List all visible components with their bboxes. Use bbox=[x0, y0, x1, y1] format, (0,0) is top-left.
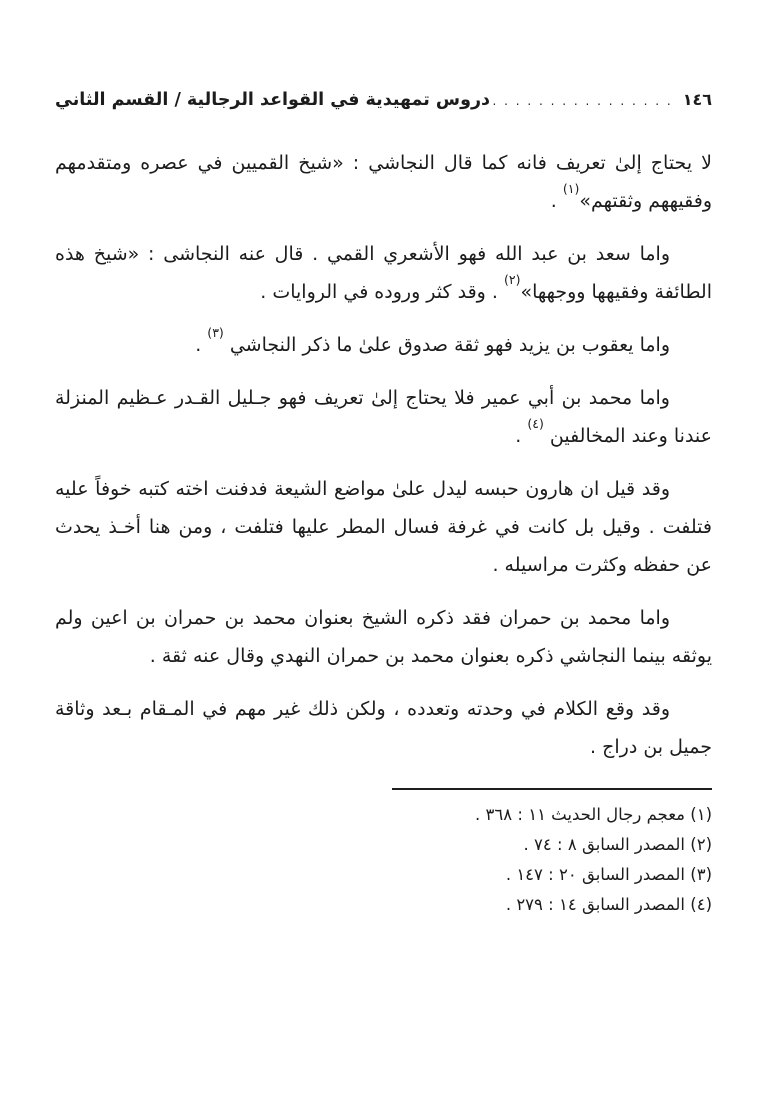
footnote-separator bbox=[392, 788, 712, 790]
paragraph: واما محمد بن أبي عمير فلا يحتاج إلىٰ تعر… bbox=[55, 379, 712, 455]
book-title: دروس تمهيدية في القواعد الرجالية / القسم… bbox=[55, 90, 490, 110]
footnote-marker: (٢) bbox=[504, 272, 521, 287]
paragraph-text: واما يعقوب بن يزيد فهو ثقة صدوق علىٰ ما … bbox=[224, 334, 670, 356]
paragraph-text: لا يحتاج إلىٰ تعريف فانه كما قال النجاشي… bbox=[55, 152, 712, 212]
paragraph-text: . وقد كثر وروده في الروايات . bbox=[260, 281, 504, 303]
paragraph-text: . bbox=[515, 425, 527, 447]
footnote-marker: (٣) bbox=[207, 325, 224, 340]
paragraph: وقد قيل ان هارون حبسه ليدل علىٰ مواضع ال… bbox=[55, 470, 712, 584]
paragraph: واما يعقوب بن يزيد فهو ثقة صدوق علىٰ ما … bbox=[55, 326, 712, 364]
footnote: (١) معجم رجال الحديث ١١ : ٣٦٨ . bbox=[55, 800, 712, 830]
footnotes-list: (١) معجم رجال الحديث ١١ : ٣٦٨ .(٢) المصد… bbox=[55, 800, 712, 920]
dotted-leader: . . . . . . . . . . . . . . . . . . . . … bbox=[490, 94, 683, 108]
page-number: ١٤٦ bbox=[683, 90, 712, 109]
paragraph-text: وقد قيل ان هارون حبسه ليدل علىٰ مواضع ال… bbox=[55, 478, 712, 576]
paragraph: وقد وقع الكلام في وحدته وتعدده ، ولكن ذل… bbox=[55, 690, 712, 766]
footnote-marker: (١) bbox=[563, 181, 580, 196]
body-paragraphs: لا يحتاج إلىٰ تعريف فانه كما قال النجاشي… bbox=[55, 144, 712, 766]
paragraph-text: . bbox=[195, 334, 207, 356]
footnote-marker: (٤) bbox=[527, 416, 544, 431]
book-page: ١٤٦ . . . . . . . . . . . . . . . . . . … bbox=[0, 0, 764, 1107]
footnote: (٣) المصدر السابق ٢٠ : ١٤٧ . bbox=[55, 860, 712, 890]
paragraph: واما محمد بن حمران فقد ذكره الشيخ بعنوان… bbox=[55, 599, 712, 675]
paragraph-text: واما محمد بن حمران فقد ذكره الشيخ بعنوان… bbox=[55, 607, 712, 667]
footnote: (٢) المصدر السابق ٨ : ٧٤ . bbox=[55, 830, 712, 860]
running-header: ١٤٦ . . . . . . . . . . . . . . . . . . … bbox=[55, 90, 712, 110]
paragraph: واما سعد بن عبد الله فهو الأشعري القمي .… bbox=[55, 235, 712, 311]
paragraph-text: . bbox=[551, 190, 563, 212]
paragraph: لا يحتاج إلىٰ تعريف فانه كما قال النجاشي… bbox=[55, 144, 712, 220]
paragraph-text: وقد وقع الكلام في وحدته وتعدده ، ولكن ذل… bbox=[55, 698, 712, 758]
footnote: (٤) المصدر السابق ١٤ : ٢٧٩ . bbox=[55, 890, 712, 920]
paragraph-text: واما محمد بن أبي عمير فلا يحتاج إلىٰ تعر… bbox=[55, 387, 712, 447]
